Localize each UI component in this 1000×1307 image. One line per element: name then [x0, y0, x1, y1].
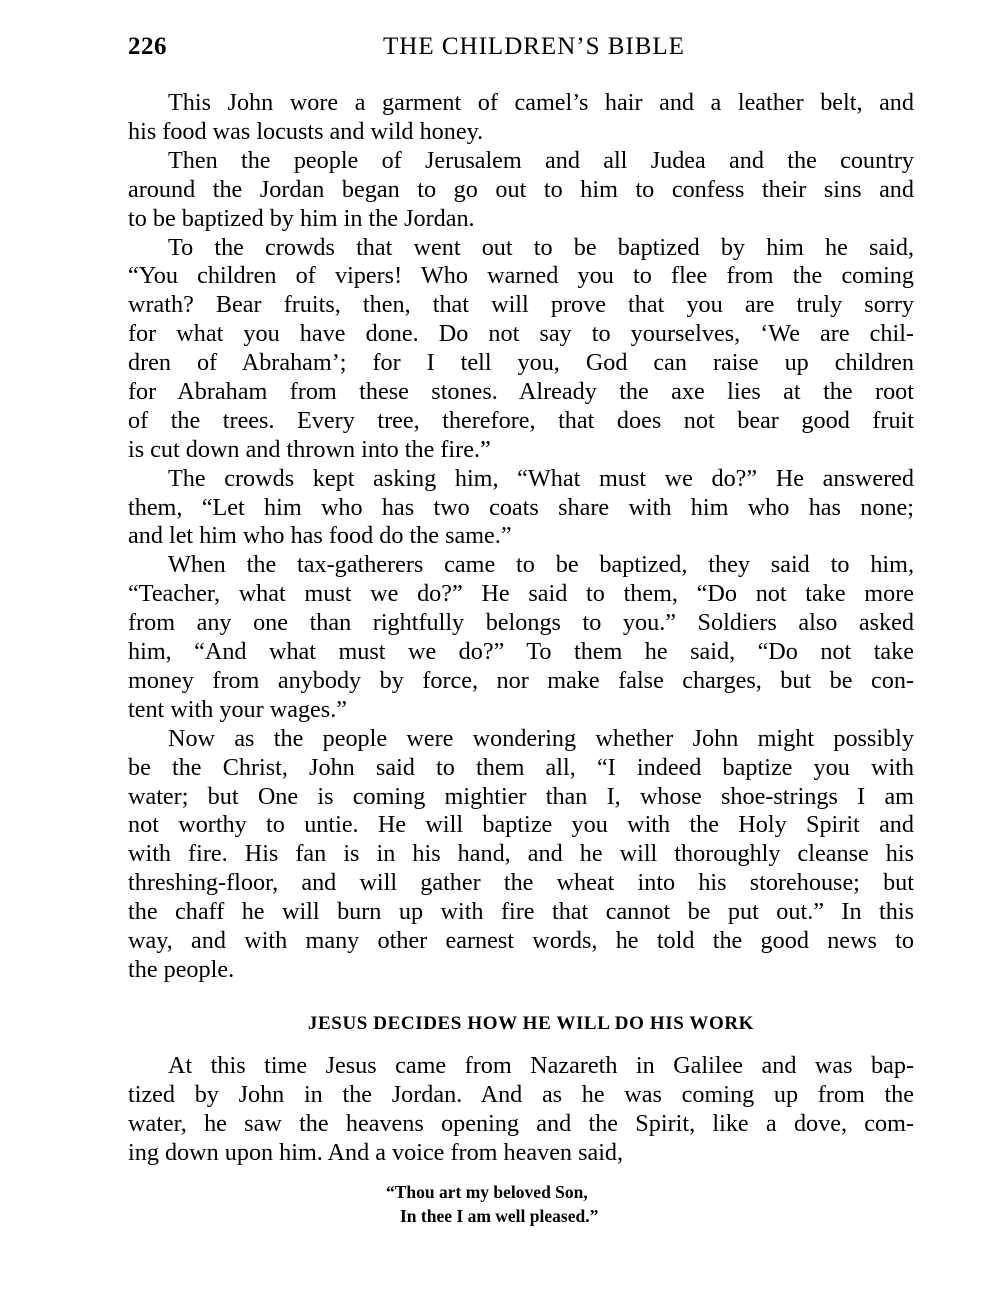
text-line: money from anybody by force, nor make fa… — [128, 667, 914, 696]
text-line: water, he saw the heavens opening and th… — [128, 1110, 914, 1139]
text-line: with fire. His fan is in his hand, and h… — [128, 840, 914, 869]
text-line: the chaff he will burn up with fire that… — [128, 898, 914, 927]
text-line: to be baptized by him in the Jordan. — [128, 205, 914, 234]
paragraph-what-must-we-do: The crowds kept asking him, “What must w… — [128, 465, 914, 552]
text-line: ing down upon him. And a voice from heav… — [128, 1139, 914, 1168]
text-line: “You children of vipers! Who warned you … — [128, 262, 914, 291]
text-line: be the Christ, John said to them all, “I… — [128, 754, 914, 783]
paragraph-people-of-jerusalem: Then the people of Jerusalem and all Jud… — [128, 147, 914, 234]
text-line: around the Jordan began to go out to him… — [128, 176, 914, 205]
text-line: the people. — [128, 956, 914, 985]
text-line: of the trees. Every tree, therefore, tha… — [128, 407, 914, 436]
verse-quotation: “Thou art my beloved Son, In thee I am w… — [386, 1180, 598, 1228]
text-line: his food was locusts and wild honey. — [128, 118, 914, 147]
verse-line: “Thou art my beloved Son, — [386, 1180, 598, 1204]
text-line: “Teacher, what must we do?” He said to t… — [128, 580, 914, 609]
paragraph-camel-hair: This John wore a garment of camel’s hair… — [128, 89, 914, 147]
text-line: from any one than rightfully belongs to … — [128, 609, 914, 638]
text-line: wrath? Bear fruits, then, that will prov… — [128, 291, 914, 320]
text-line: threshing-floor, and will gather the whe… — [128, 869, 914, 898]
text-line: for what you have done. Do not say to yo… — [128, 320, 914, 349]
verse-line: In thee I am well pleased.” — [386, 1204, 598, 1228]
text-line: tent with your wages.” — [128, 696, 914, 725]
book-title: THE CHILDREN’S BIBLE — [128, 33, 914, 61]
text-line: Then the people of Jerusalem and all Jud… — [128, 147, 914, 176]
text-line: and let him who has food do the same.” — [128, 522, 914, 551]
text-line: The crowds kept asking him, “What must w… — [128, 465, 914, 494]
paragraph-john-the-christ: Now as the people were wondering whether… — [128, 725, 914, 985]
section-heading: JESUS DECIDES HOW HE WILL DO HIS WORK — [128, 1013, 924, 1035]
paragraph-jesus-baptized: At this time Jesus came from Nazareth in… — [128, 1052, 914, 1168]
text-line: To the crowds that went out to be baptiz… — [128, 234, 914, 263]
text-line: At this time Jesus came from Nazareth in… — [128, 1052, 914, 1081]
text-line: not worthy to untie. He will baptize you… — [128, 811, 914, 840]
text-line: This John wore a garment of camel’s hair… — [128, 89, 914, 118]
running-head: 226 THE CHILDREN’S BIBLE — [128, 33, 914, 67]
text-line: for Abraham from these stones. Already t… — [128, 378, 914, 407]
text-line: is cut down and thrown into the fire.” — [128, 436, 914, 465]
text-line: dren of Abraham’; for I tell you, God ca… — [128, 349, 914, 378]
paragraph-children-of-vipers: To the crowds that went out to be baptiz… — [128, 234, 914, 465]
text-line: him, “And what must we do?” To them he s… — [128, 638, 914, 667]
text-line: water; but One is coming mightier than I… — [128, 783, 914, 812]
text-line: When the tax-gatherers came to be baptiz… — [128, 551, 914, 580]
paragraph-tax-gatherers: When the tax-gatherers came to be baptiz… — [128, 551, 914, 724]
text-line: way, and with many other earnest words, … — [128, 927, 914, 956]
text-line: them, “Let him who has two coats share w… — [128, 494, 914, 523]
text-line: tized by John in the Jordan. And as he w… — [128, 1081, 914, 1110]
book-page: 226 THE CHILDREN’S BIBLE This John wore … — [0, 0, 1000, 1307]
text-line: Now as the people were wondering whether… — [128, 725, 914, 754]
